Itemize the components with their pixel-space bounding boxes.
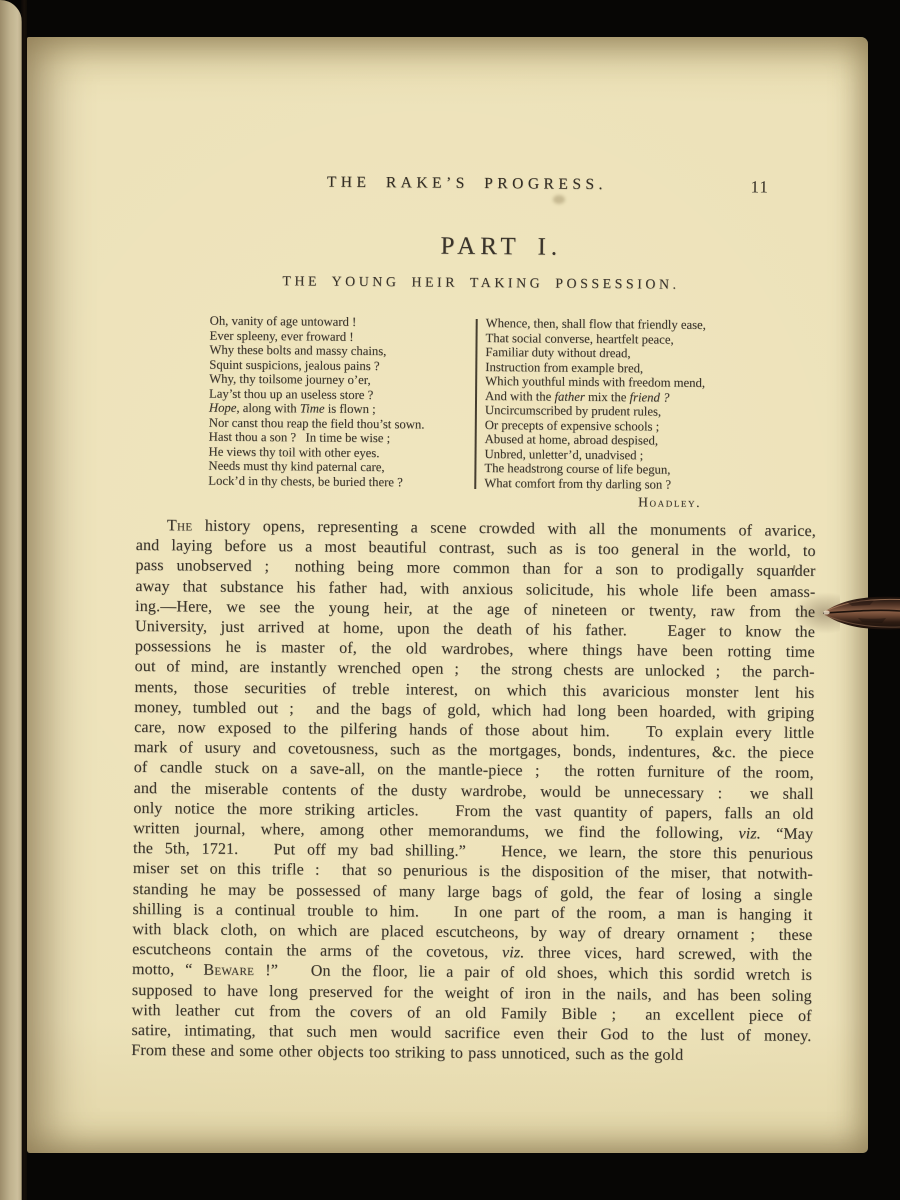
book-clasp — [818, 585, 900, 641]
verse-block: Oh, vanity of age untoward !Ever spleeny… — [136, 313, 818, 497]
book-cover-edge — [0, 0, 22, 1200]
body-paragraph: The history opens, representing a scene … — [131, 516, 816, 1067]
scan-background: THE RAKE’S PROGRESS. 11 PART I. THE YOUN… — [0, 0, 900, 1200]
page-number: 11 — [750, 177, 769, 197]
running-head-title: THE RAKE’S PROGRESS. — [327, 174, 607, 193]
section-heading: THE YOUNG HEIR TAKING POSSESSION. — [141, 272, 821, 294]
part-heading: PART I. — [161, 230, 841, 264]
verse-column-left: Oh, vanity of age untoward !Ever spleeny… — [208, 314, 425, 490]
verse-attribution: Hoadley. — [456, 493, 701, 511]
book-page: THE RAKE’S PROGRESS. 11 PART I. THE YOUN… — [27, 37, 868, 1153]
page-smudge — [553, 195, 565, 204]
page-content: THE RAKE’S PROGRESS. 11 PART I. THE YOUN… — [131, 172, 819, 1108]
verse-divider — [474, 319, 477, 489]
verse-column-right: Whence, then, shall flow that friendly e… — [484, 316, 706, 492]
running-head: THE RAKE’S PROGRESS. 11 — [139, 172, 819, 196]
